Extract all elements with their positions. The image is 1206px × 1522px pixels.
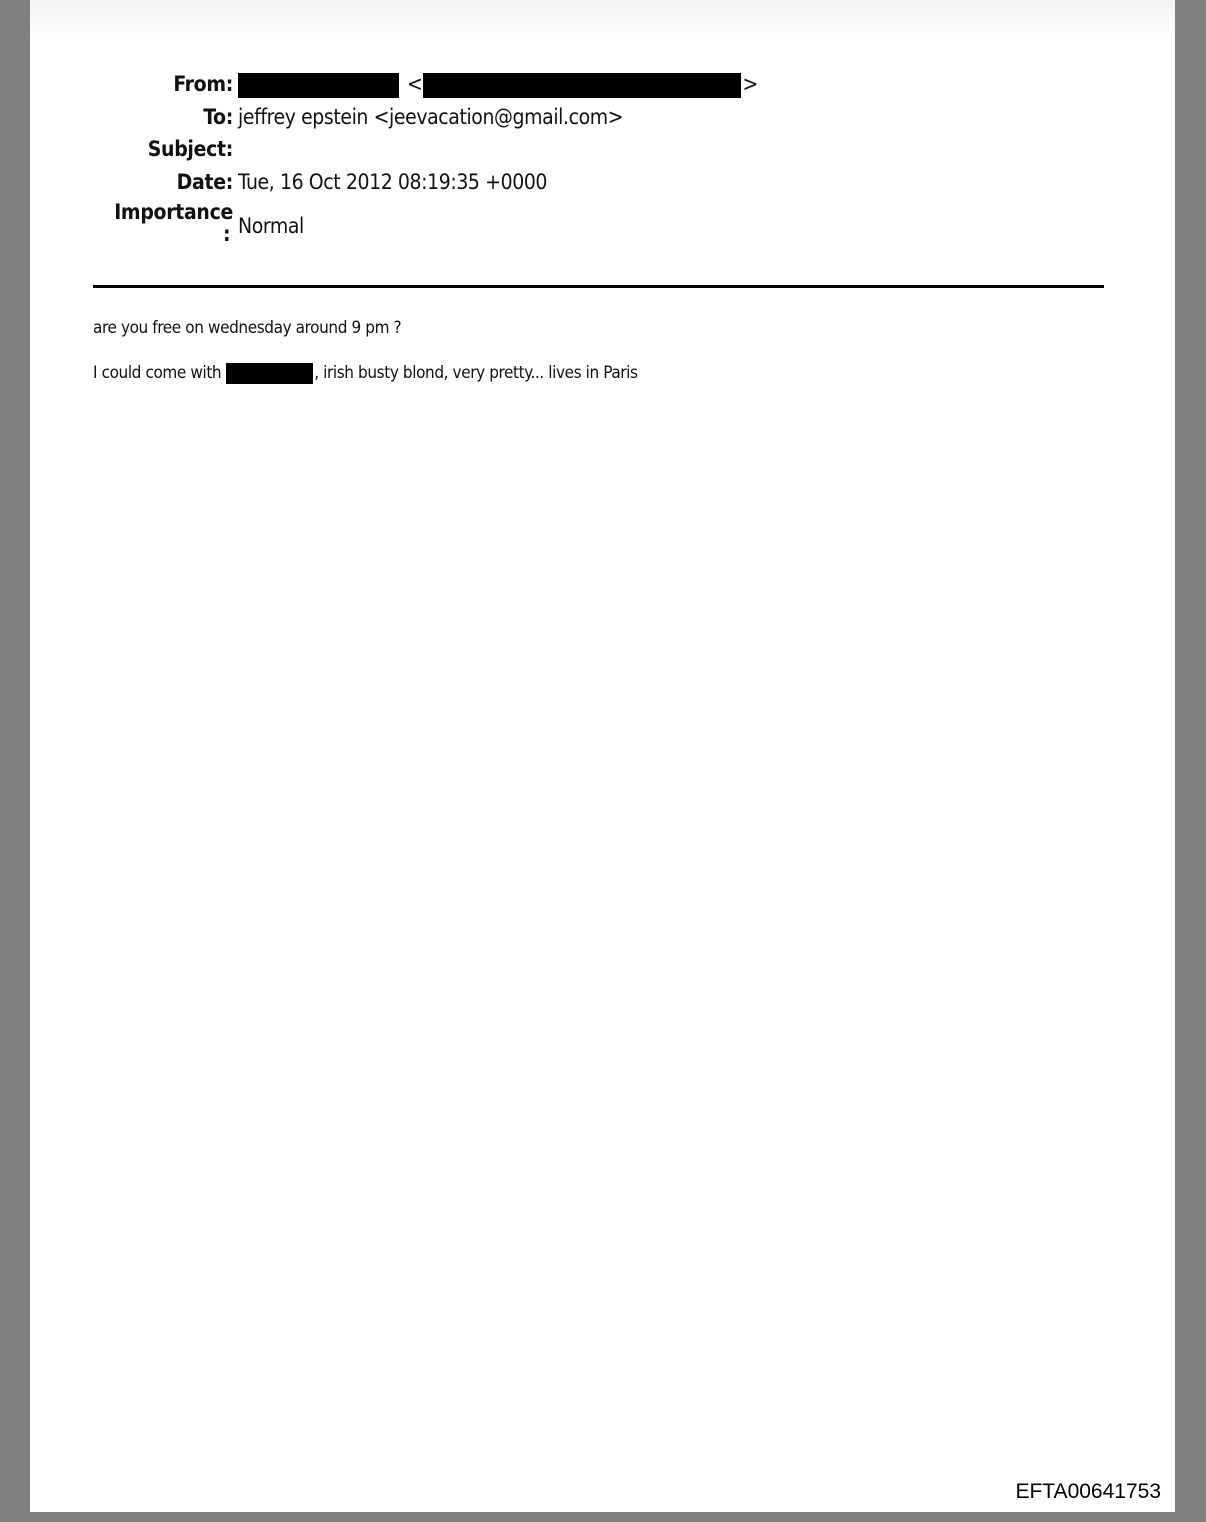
email-body: are you free on wednesday around 9 pm ? …: [93, 316, 638, 385]
document-page: From: <> To: jeffrey epstein <jeevacatio…: [30, 0, 1175, 1512]
date-row: Date: Tue, 16 Oct 2012 08:19:35 +0000: [30, 166, 1130, 199]
importance-label: Importance: [98, 198, 233, 226]
email-header: From: <> To: jeffrey epstein <jeevacatio…: [30, 68, 1130, 248]
to-row: To: jeffrey epstein <jeevacation@gmail.c…: [30, 101, 1130, 134]
importance-value: Normal: [238, 212, 304, 240]
header-divider: [93, 285, 1104, 288]
importance-colon: :: [223, 220, 231, 248]
body-line-1: are you free on wednesday around 9 pm ?: [93, 316, 638, 340]
to-label: To:: [53, 101, 233, 133]
subject-label: Subject:: [53, 133, 233, 165]
from-value: <>: [238, 68, 758, 100]
body-line-2: I could come with, irish busty blond, ve…: [93, 361, 638, 385]
to-value: jeffrey epstein <jeevacation@gmail.com>: [238, 101, 623, 133]
from-close-bracket: >: [742, 72, 757, 96]
scan-shade: [30, 0, 1175, 40]
redaction-block: [423, 73, 741, 98]
from-row: From: <>: [30, 68, 1130, 101]
from-open-bracket: <: [407, 72, 422, 96]
bates-number: EFTA00641753: [1015, 1480, 1161, 1504]
body-line-2-start: I could come with: [93, 363, 221, 383]
subject-row: Subject:: [30, 133, 1130, 166]
date-value: Tue, 16 Oct 2012 08:19:35 +0000: [238, 166, 547, 198]
date-label: Date:: [53, 166, 233, 198]
redaction-block: [238, 73, 399, 98]
redaction-block: [226, 363, 313, 384]
from-label: From:: [53, 68, 233, 100]
body-line-2-end: , irish busty blond, very pretty... live…: [314, 363, 637, 383]
importance-row: Importance : Normal: [30, 198, 1130, 248]
